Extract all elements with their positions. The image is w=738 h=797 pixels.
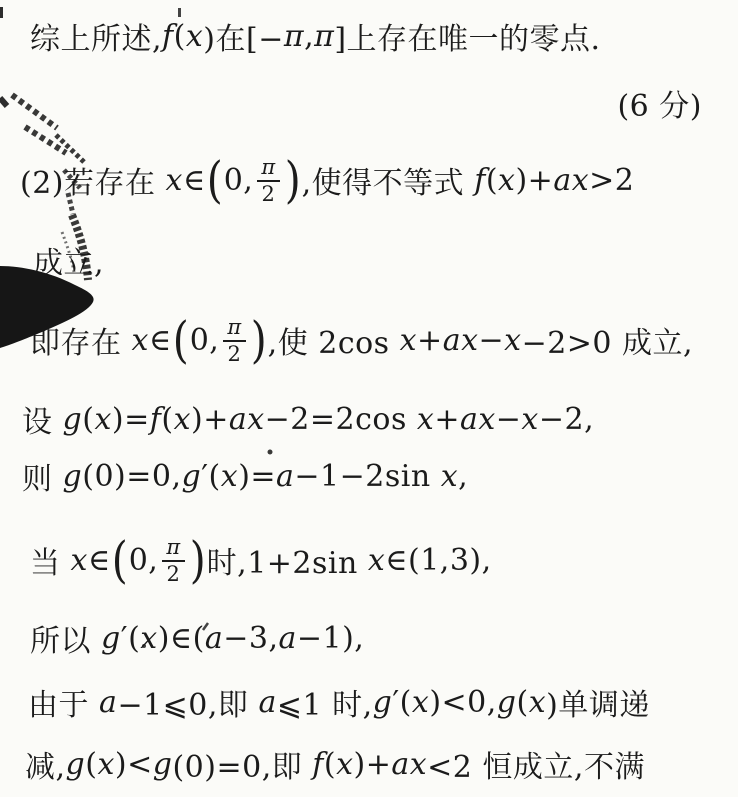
text-segment: ′( bbox=[201, 459, 221, 494]
text-segment: x bbox=[498, 163, 515, 198]
text-segment: x bbox=[132, 323, 149, 358]
text-segment: 0, bbox=[129, 543, 159, 578]
text-segment: ′( bbox=[121, 621, 141, 656]
text-segment: g bbox=[182, 459, 202, 494]
fraction-numerator: π bbox=[162, 537, 184, 562]
scan-speck bbox=[268, 450, 273, 455]
fraction-numerator: π bbox=[223, 317, 245, 342]
text-segment: x bbox=[140, 621, 157, 656]
text-segment: <2 恒成立,不满 bbox=[427, 742, 645, 786]
text-segment: 0, bbox=[224, 163, 254, 198]
line-define-g: 设 g(x)=f(x)+ax−2=2cos x+ax−x−2, bbox=[22, 400, 594, 438]
text-segment: −1⩽0,即 bbox=[117, 680, 258, 724]
text-segment: −3, bbox=[223, 621, 278, 656]
text-segment: ∈ bbox=[88, 543, 111, 578]
text-segment: x bbox=[174, 402, 191, 437]
text-segment: 综上所述, bbox=[30, 14, 162, 58]
text-segment: x bbox=[94, 402, 111, 437]
text-segment: −1), bbox=[297, 621, 364, 656]
text-segment: x bbox=[186, 19, 203, 54]
line-monotonic-decrease: 减,g(x)<g(0)=0,即 f(x)+ax<2 恒成立,不满 bbox=[25, 745, 645, 783]
text-segment: −2=2cos bbox=[265, 402, 417, 437]
text-segment: g bbox=[497, 685, 517, 720]
text-segment: −2>0 成立, bbox=[522, 318, 694, 362]
text-segment: ,使 2cos bbox=[268, 318, 400, 362]
text-segment: x bbox=[529, 685, 546, 720]
ink-streak bbox=[25, 127, 66, 153]
scan-speck bbox=[178, 8, 181, 17]
text-segment: ∈ bbox=[183, 163, 206, 198]
text-segment: )+ bbox=[515, 163, 553, 198]
text-segment: 当 bbox=[30, 538, 71, 582]
text-segment: ]上存在唯一的零点. bbox=[334, 14, 600, 58]
text-segment: g bbox=[63, 459, 83, 494]
line-g-derivative: 则 g(0)=0,g′(x)=a−1−2sin x, bbox=[22, 457, 468, 495]
text-segment: )在[− bbox=[203, 14, 284, 58]
text-segment: g bbox=[63, 402, 83, 437]
text-segment: )= bbox=[112, 402, 150, 437]
line-g-prime-range: 所以 g′(x)∈(a−3,a−1), bbox=[30, 619, 364, 657]
text-segment: x bbox=[368, 543, 385, 578]
text-segment: ⩽1 时, bbox=[277, 680, 373, 724]
text-segment: ax bbox=[460, 402, 496, 437]
text-segment: )< bbox=[115, 747, 153, 782]
text-segment: (0)=0,即 bbox=[172, 742, 312, 786]
line-equivalent-statement: 即存在 x∈(0,π2),使 2cos x+ax−x−2>0 成立, bbox=[30, 312, 693, 368]
text-segment: ( bbox=[174, 19, 186, 54]
text-segment: f bbox=[312, 747, 324, 782]
text-segment: )+ bbox=[354, 747, 392, 782]
text-segment: a bbox=[278, 621, 296, 656]
fraction-numerator: π bbox=[257, 157, 279, 182]
text-segment: ax bbox=[553, 163, 589, 198]
text-segment: 时,1+2sin bbox=[207, 538, 368, 582]
text-segment: π bbox=[314, 19, 334, 54]
document-page: 综上所述,f(x)在[−π,π]上存在唯一的零点.(6 分)(2)若存在 x∈(… bbox=[0, 0, 738, 797]
text-segment: − bbox=[479, 323, 505, 358]
text-segment: ( bbox=[85, 747, 97, 782]
text-segment: f bbox=[162, 19, 174, 54]
text-segment: ′( bbox=[392, 685, 412, 720]
text-segment: f bbox=[474, 163, 486, 198]
text-segment: − bbox=[496, 402, 522, 437]
text-segment: x bbox=[221, 459, 238, 494]
text-segment: x bbox=[71, 543, 88, 578]
text-segment: ( bbox=[324, 747, 336, 782]
text-segment: ∈(1,3), bbox=[385, 543, 491, 578]
text-segment: + bbox=[434, 402, 460, 437]
big-paren: ( bbox=[206, 155, 222, 205]
text-segment: , bbox=[304, 19, 314, 54]
text-segment: ( bbox=[517, 685, 529, 720]
text-segment: x bbox=[97, 747, 114, 782]
text-segment: , bbox=[458, 459, 468, 494]
fraction-denominator: 2 bbox=[167, 562, 181, 585]
text-segment: g bbox=[101, 621, 121, 656]
fraction: π2 bbox=[162, 537, 184, 585]
line-part2-condition: (2)若存在 x∈(0,π2),使得不等式 f(x)+ax>2 bbox=[20, 152, 634, 208]
text-segment: 成立, bbox=[33, 238, 104, 282]
text-segment: g bbox=[66, 747, 86, 782]
big-paren: ) bbox=[250, 315, 266, 365]
text-segment: ( bbox=[161, 402, 173, 437]
text-segment: a bbox=[205, 621, 223, 656]
text-segment: x bbox=[521, 402, 538, 437]
text-segment: a bbox=[99, 685, 117, 720]
line-conclusion: 综上所述,f(x)在[−π,π]上存在唯一的零点. bbox=[30, 17, 601, 55]
text-segment: π bbox=[284, 19, 304, 54]
text-segment: 则 bbox=[22, 454, 63, 498]
text-segment: −2, bbox=[539, 402, 594, 437]
text-segment: 即存在 bbox=[30, 318, 132, 362]
line-score-note: (6 分) bbox=[617, 84, 702, 122]
text-segment: 设 bbox=[22, 397, 63, 441]
text-segment: x bbox=[400, 323, 417, 358]
text-segment: x bbox=[417, 402, 434, 437]
text-segment: 由于 bbox=[28, 680, 99, 724]
line-chengli: 成立, bbox=[33, 241, 104, 279]
text-segment: ,使得不等式 bbox=[302, 158, 475, 202]
ink-streak bbox=[12, 95, 57, 128]
text-segment: ax bbox=[229, 402, 265, 437]
text-segment: + bbox=[417, 323, 443, 358]
text-segment: >2 bbox=[589, 163, 634, 198]
text-segment: ax bbox=[391, 747, 427, 782]
text-segment: g bbox=[153, 747, 173, 782]
big-paren: ( bbox=[172, 315, 188, 365]
text-segment: ∈ bbox=[149, 323, 172, 358]
edge-mark bbox=[0, 7, 3, 18]
text-segment: ax bbox=[443, 323, 479, 358]
big-paren: ) bbox=[189, 535, 205, 585]
text-segment: )+ bbox=[191, 402, 229, 437]
big-paren: ) bbox=[284, 155, 300, 205]
text-segment: ( bbox=[82, 402, 94, 437]
text-segment: −1−2sin bbox=[294, 459, 440, 494]
line-case-a-le-1: 由于 a−1⩽0,即 a⩽1 时,g′(x)<0,g(x)单调递 bbox=[28, 683, 650, 721]
text-segment: a bbox=[258, 685, 276, 720]
text-segment: )= bbox=[238, 459, 276, 494]
text-segment: x bbox=[336, 747, 353, 782]
text-segment: a bbox=[276, 459, 294, 494]
text-segment: 0, bbox=[190, 323, 220, 358]
text-segment: )∈( bbox=[158, 621, 205, 656]
fraction-denominator: 2 bbox=[262, 182, 276, 205]
text-segment: 减, bbox=[25, 742, 66, 786]
fraction-denominator: 2 bbox=[228, 342, 242, 365]
text-segment: f bbox=[150, 402, 162, 437]
text-segment: x bbox=[412, 685, 429, 720]
text-segment: g bbox=[373, 685, 393, 720]
text-segment: ( bbox=[486, 163, 498, 198]
line-sin-range: 当 x∈(0,π2)时,1+2sin x∈(1,3), bbox=[30, 532, 492, 588]
text-segment: (0)=0, bbox=[82, 459, 181, 494]
text-segment: 所以 bbox=[30, 616, 101, 660]
text-segment: x bbox=[166, 163, 183, 198]
fraction: π2 bbox=[257, 157, 279, 205]
fraction: π2 bbox=[223, 317, 245, 365]
text-segment: )单调递 bbox=[546, 680, 650, 724]
text-segment: x bbox=[441, 459, 458, 494]
text-segment: x bbox=[504, 323, 521, 358]
text-segment: )<0, bbox=[429, 685, 496, 720]
edge-mark bbox=[0, 98, 7, 106]
big-paren: ( bbox=[111, 535, 127, 585]
text-segment: (6 分) bbox=[617, 81, 702, 125]
text-segment: (2)若存在 bbox=[20, 158, 166, 202]
